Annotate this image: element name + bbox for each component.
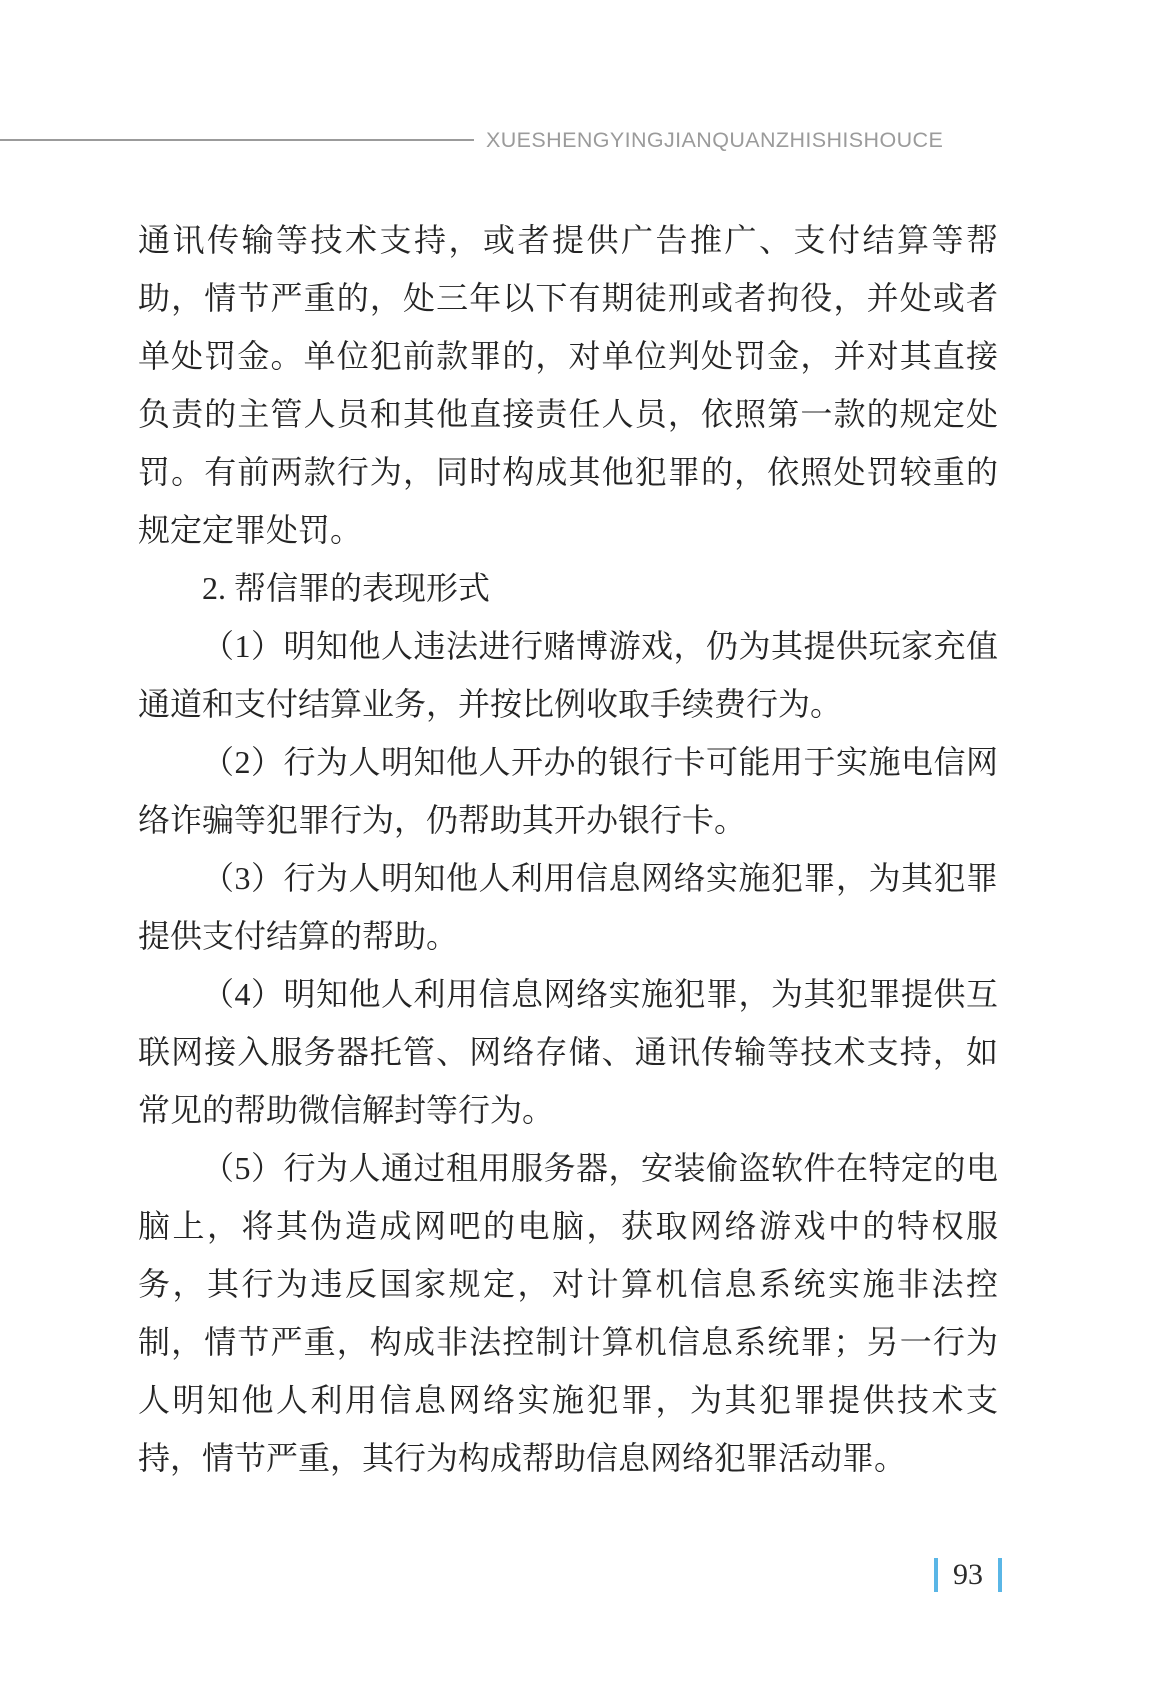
header-rule-line bbox=[0, 139, 474, 141]
paragraph: （4）明知他人利用信息网络实施犯罪，为其犯罪提供互联网接入服务器托管、网络存储、… bbox=[138, 965, 998, 1139]
body-text: 通讯传输等技术支持，或者提供广告推广、支付结算等帮助，情节严重的，处三年以下有期… bbox=[138, 211, 998, 1487]
paragraph: （3）行为人明知他人利用信息网络实施犯罪，为其犯罪提供支付结算的帮助。 bbox=[138, 849, 998, 965]
book-page: XUESHENGYINGJIANQUANZHISHISHOUCE 通讯传输等技术… bbox=[0, 0, 1164, 1701]
page-number: 93 bbox=[949, 1558, 987, 1592]
running-header-title: XUESHENGYINGJIANQUANZHISHISHOUCE bbox=[486, 126, 943, 154]
paragraph: （1）明知他人违法进行赌博游戏，仍为其提供玩家充值通道和支付结算业务，并按比例收… bbox=[138, 617, 998, 733]
page-number-right-bar bbox=[998, 1558, 1002, 1592]
page-number-marker: 93 bbox=[934, 1558, 1002, 1592]
page-number-left-bar bbox=[934, 1558, 938, 1592]
paragraph: 通讯传输等技术支持，或者提供广告推广、支付结算等帮助，情节严重的，处三年以下有期… bbox=[138, 211, 998, 559]
paragraph: 2. 帮信罪的表现形式 bbox=[138, 559, 998, 617]
paragraph: （5）行为人通过租用服务器，安装偷盗软件在特定的电脑上，将其伪造成网吧的电脑，获… bbox=[138, 1139, 998, 1487]
paragraph: （2）行为人明知他人开办的银行卡可能用于实施电信网络诈骗等犯罪行为，仍帮助其开办… bbox=[138, 733, 998, 849]
